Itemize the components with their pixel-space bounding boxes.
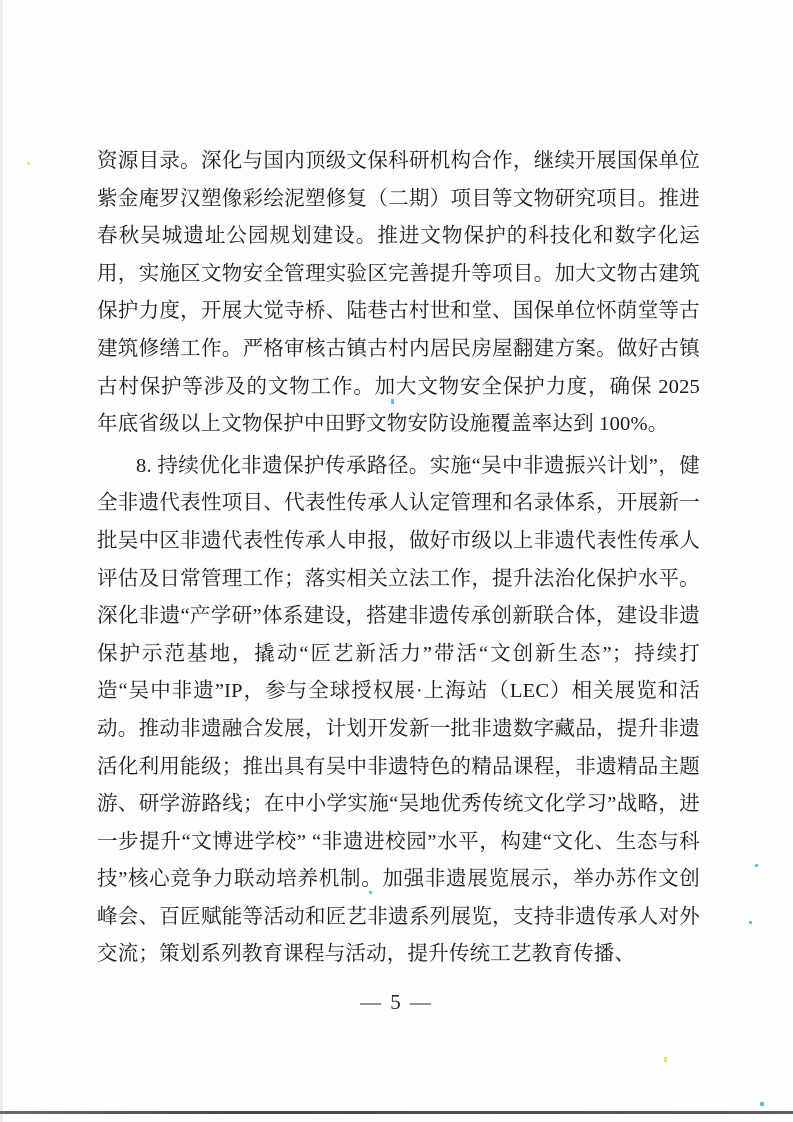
scan-speck [760, 1102, 764, 1106]
paragraph-continuation: 资源目录。深化与国内顶级文保科研机构合作，继续开展国保单位紫金庵罗汉塑像彩绘泥塑… [97, 143, 700, 444]
scan-speck [369, 891, 372, 894]
scan-speck [755, 864, 758, 867]
document-page: 资源目录。深化与国内顶级文保科研机构合作，继续开展国保单位紫金庵罗汉塑像彩绘泥塑… [0, 0, 793, 1122]
scan-left-edge [0, 0, 3, 1122]
page-number: — 5 — [0, 990, 793, 1015]
scan-speck [749, 921, 752, 924]
scan-speck [664, 1057, 667, 1062]
scan-speck [27, 162, 30, 165]
document-body: 资源目录。深化与国内顶级文保科研机构合作，继续开展国保单位紫金庵罗汉塑像彩绘泥塑… [97, 143, 700, 974]
scan-speck [391, 399, 394, 404]
scan-bottom-edge [0, 1111, 793, 1114]
paragraph-item-8: 8. 持续优化非遗保护传承路径。实施“吴中非遗振兴计划”，健全非遗代表性项目、代… [97, 448, 700, 974]
